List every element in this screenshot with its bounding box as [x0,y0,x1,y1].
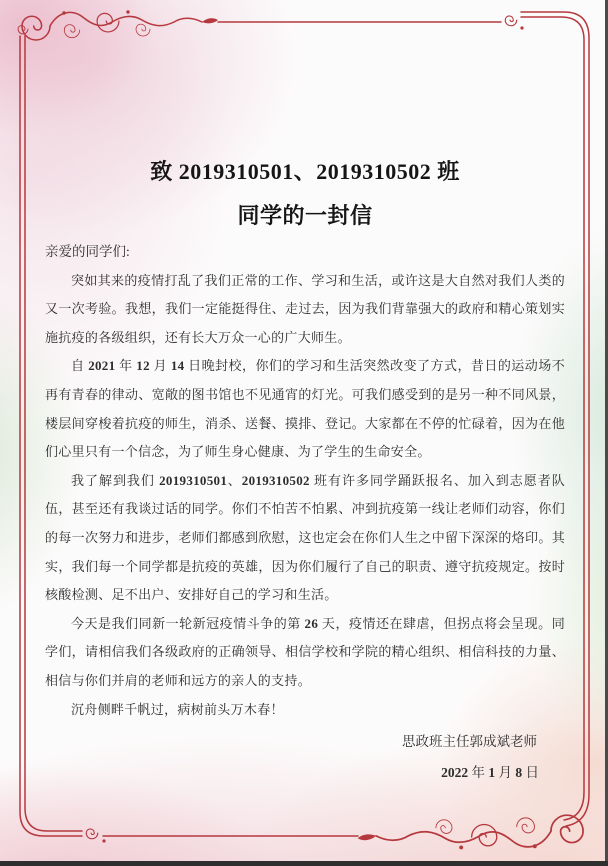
letter-paragraph-5: 沉舟侧畔千帆过，病树前头万木春！ [45,696,565,725]
letter-date: 2022 年 1 月 8 日 [45,758,565,787]
letter-paragraph-1: 突如其来的疫情打乱了我们正常的工作、学习和生活，或许这是大自然对我们人类的又一次… [45,267,565,353]
letter-page: { "decor": { "accent_color": "#b5383e", … [0,0,608,866]
letter-paragraph-4: 今天是我们同新一轮新冠疫情斗争的第 26 天，疫情还在肆虐，但拐点将会呈现。同学… [45,610,565,696]
letter-paragraph-2: 自 2021 年 12 月 14 日晚封校，你们的学习和生活突然改变了方式，昔日… [45,352,565,466]
closing-signature: 思政班主任郭成斌老师 [45,727,565,756]
letter-title-line2: 同学的一封信 [45,194,565,238]
letter-body: 致 2019310501、2019310502 班 同学的一封信 亲爱的同学们:… [45,0,565,787]
letter-title-line1: 致 2019310501、2019310502 班 [45,150,565,194]
screen-edge-bottom [0,861,608,866]
letter-paragraph-3: 我了解到我们 2019310501、2019310502 班有许多同学踊跃报名、… [45,467,565,610]
salutation: 亲爱的同学们: [45,238,565,267]
